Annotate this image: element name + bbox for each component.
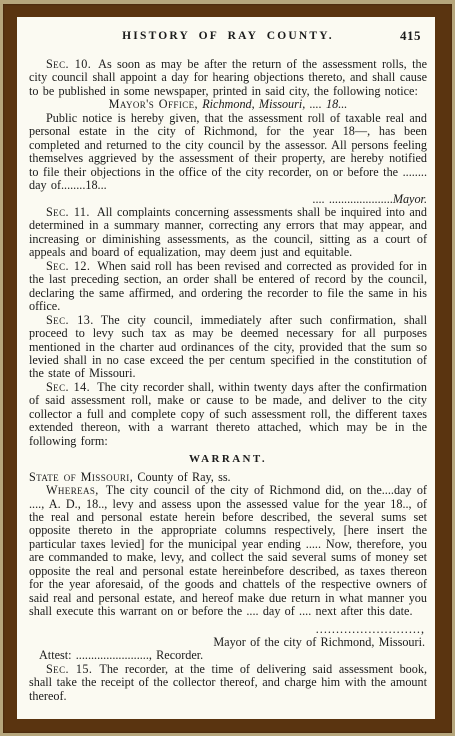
page-title: HISTORY OF RAY COUNTY. <box>122 30 334 42</box>
state-county-line: State of Missouri, County of Ray, ss. <box>29 471 427 484</box>
running-header: HISTORY OF RAY COUNTY. 415 <box>29 29 427 43</box>
mayors-office-place: Richmond, Missouri, <box>202 97 305 111</box>
book-page: HISTORY OF RAY COUNTY. 415 Sec. 10.As so… <box>17 17 435 719</box>
section-13-paragraph: Sec. 13.The city council, immediately af… <box>29 314 427 381</box>
warrant-heading: WARRANT. <box>29 453 427 466</box>
page-number: 415 <box>400 29 421 42</box>
warrant-signature-block: .........................., Mayor of the… <box>29 623 427 663</box>
whereas-paragraph: Whereas,The city council of the city of … <box>29 484 427 619</box>
signature-mayor-line: Mayor of the city of Richmond, Missouri. <box>29 636 427 649</box>
section-12-label: Sec. 12. <box>46 259 90 273</box>
section-14-label: Sec. 14. <box>46 380 90 394</box>
signature-dots-line: .........................., <box>29 623 427 636</box>
mayors-office-dateline: Mayor's Office, Richmond, Missouri, ....… <box>29 98 427 111</box>
section-10-label: Sec. 10. <box>46 57 91 71</box>
section-15-paragraph: Sec. 15.The recorder, at the time of del… <box>29 663 427 703</box>
attest-dots: ........................, <box>76 648 152 662</box>
attest-title: Recorder. <box>156 648 203 662</box>
mayors-office-label: Mayor's Office, <box>109 97 198 111</box>
attest-label: Attest: <box>39 648 72 662</box>
attest-line: Attest: ........................, Record… <box>29 649 427 662</box>
state-label: State of Missouri, <box>29 470 133 484</box>
public-notice-paragraph: Public notice is hereby given, that the … <box>29 112 427 193</box>
section-13-label: Sec. 13. <box>46 313 94 327</box>
section-11-paragraph: Sec. 11.All complaints concerning assess… <box>29 206 427 260</box>
whereas-text: The city council of the city of Richmond… <box>29 483 427 618</box>
county-text: County of Ray, ss. <box>137 470 230 484</box>
mayor-signature-line: .... .....................Mayor. <box>29 193 427 206</box>
mayor-signature-title: Mayor. <box>393 192 427 206</box>
mayor-signature-dots: .... ..................... <box>312 192 392 206</box>
section-15-label: Sec. 15. <box>46 662 92 676</box>
section-11-label: Sec. 11. <box>46 205 90 219</box>
whereas-label: Whereas, <box>46 483 99 497</box>
section-12-paragraph: Sec. 12.When said roll has been revised … <box>29 260 427 314</box>
book-page-border: HISTORY OF RAY COUNTY. 415 Sec. 10.As so… <box>3 4 452 733</box>
mayors-office-date: .... 18... <box>310 97 348 111</box>
section-10-paragraph: Sec. 10.As soon as may be after the retu… <box>29 58 427 98</box>
public-notice-text: Public notice is hereby given, that the … <box>29 111 427 192</box>
section-14-paragraph: Sec. 14.The city recorder shall, within … <box>29 381 427 448</box>
